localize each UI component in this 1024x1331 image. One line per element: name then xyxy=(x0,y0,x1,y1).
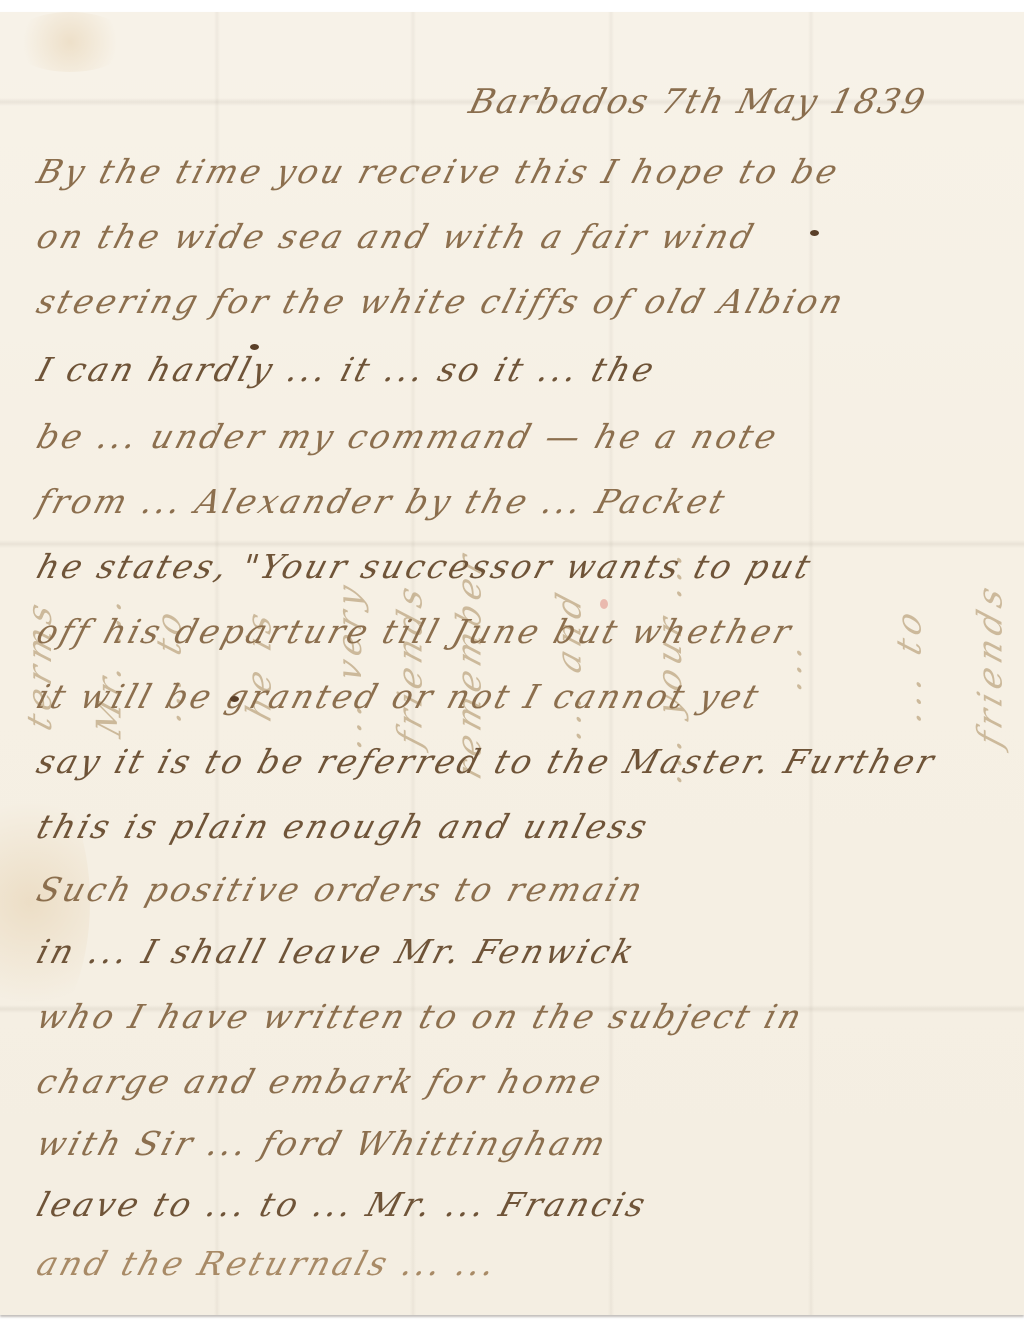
letter-line: who I have written to on the subject in xyxy=(32,997,1003,1036)
letter-line: off his departure till June but whether xyxy=(32,612,1003,651)
crossed-line: ... and xyxy=(550,582,590,744)
letter-line: from ... Alexander by the ... Packet xyxy=(32,482,1003,521)
crossed-line: Mr. ... xyxy=(90,585,130,741)
letter-line: it will be granted or not I cannot yet xyxy=(32,677,1003,716)
letter-line: By the time you receive this I hope to b… xyxy=(32,152,1003,191)
crossed-writing-layer: terms Mr. ... ... to he is ... very frie… xyxy=(0,12,1024,1315)
letter-line: Such positive orders to remain xyxy=(32,870,1003,909)
letter-date-heading: Barbados 7th May 1839 xyxy=(465,82,931,122)
letter-line: in ... I shall leave Mr. Fenwick xyxy=(32,932,1003,971)
crossed-line: ... very xyxy=(330,574,370,753)
red-ink-speck xyxy=(600,599,608,609)
letter-line: steering for the white cliffs of old Alb… xyxy=(32,282,1003,321)
ink-blot xyxy=(810,230,819,236)
letter-line: on the wide sea and with a fair wind xyxy=(32,217,1003,256)
letter-line: with Sir ... ford Whittingham xyxy=(32,1124,1003,1163)
letter-line: and the Returnals ... ... xyxy=(32,1244,1003,1283)
letter-line: charge and embark for home xyxy=(32,1062,1003,1101)
letter-line: I can hardly ... it ... so it ... the xyxy=(32,350,1003,389)
letter-sheet: terms Mr. ... ... to he is ... very frie… xyxy=(0,12,1024,1315)
ink-blot xyxy=(230,696,239,702)
letter-line: leave to ... to ... Mr. ... Francis xyxy=(32,1185,1003,1224)
letter-line: he states, "Your successor wants to put xyxy=(32,547,1003,586)
letter-line: be ... under my command — he a note xyxy=(32,417,1003,456)
letter-line: say it is to be referred to the Master. … xyxy=(32,742,1003,781)
crossed-line: friends xyxy=(970,576,1010,752)
letter-line: this is plain enough and unless xyxy=(32,807,1003,846)
ink-blot xyxy=(250,344,259,350)
crossed-line: friends xyxy=(390,576,430,752)
